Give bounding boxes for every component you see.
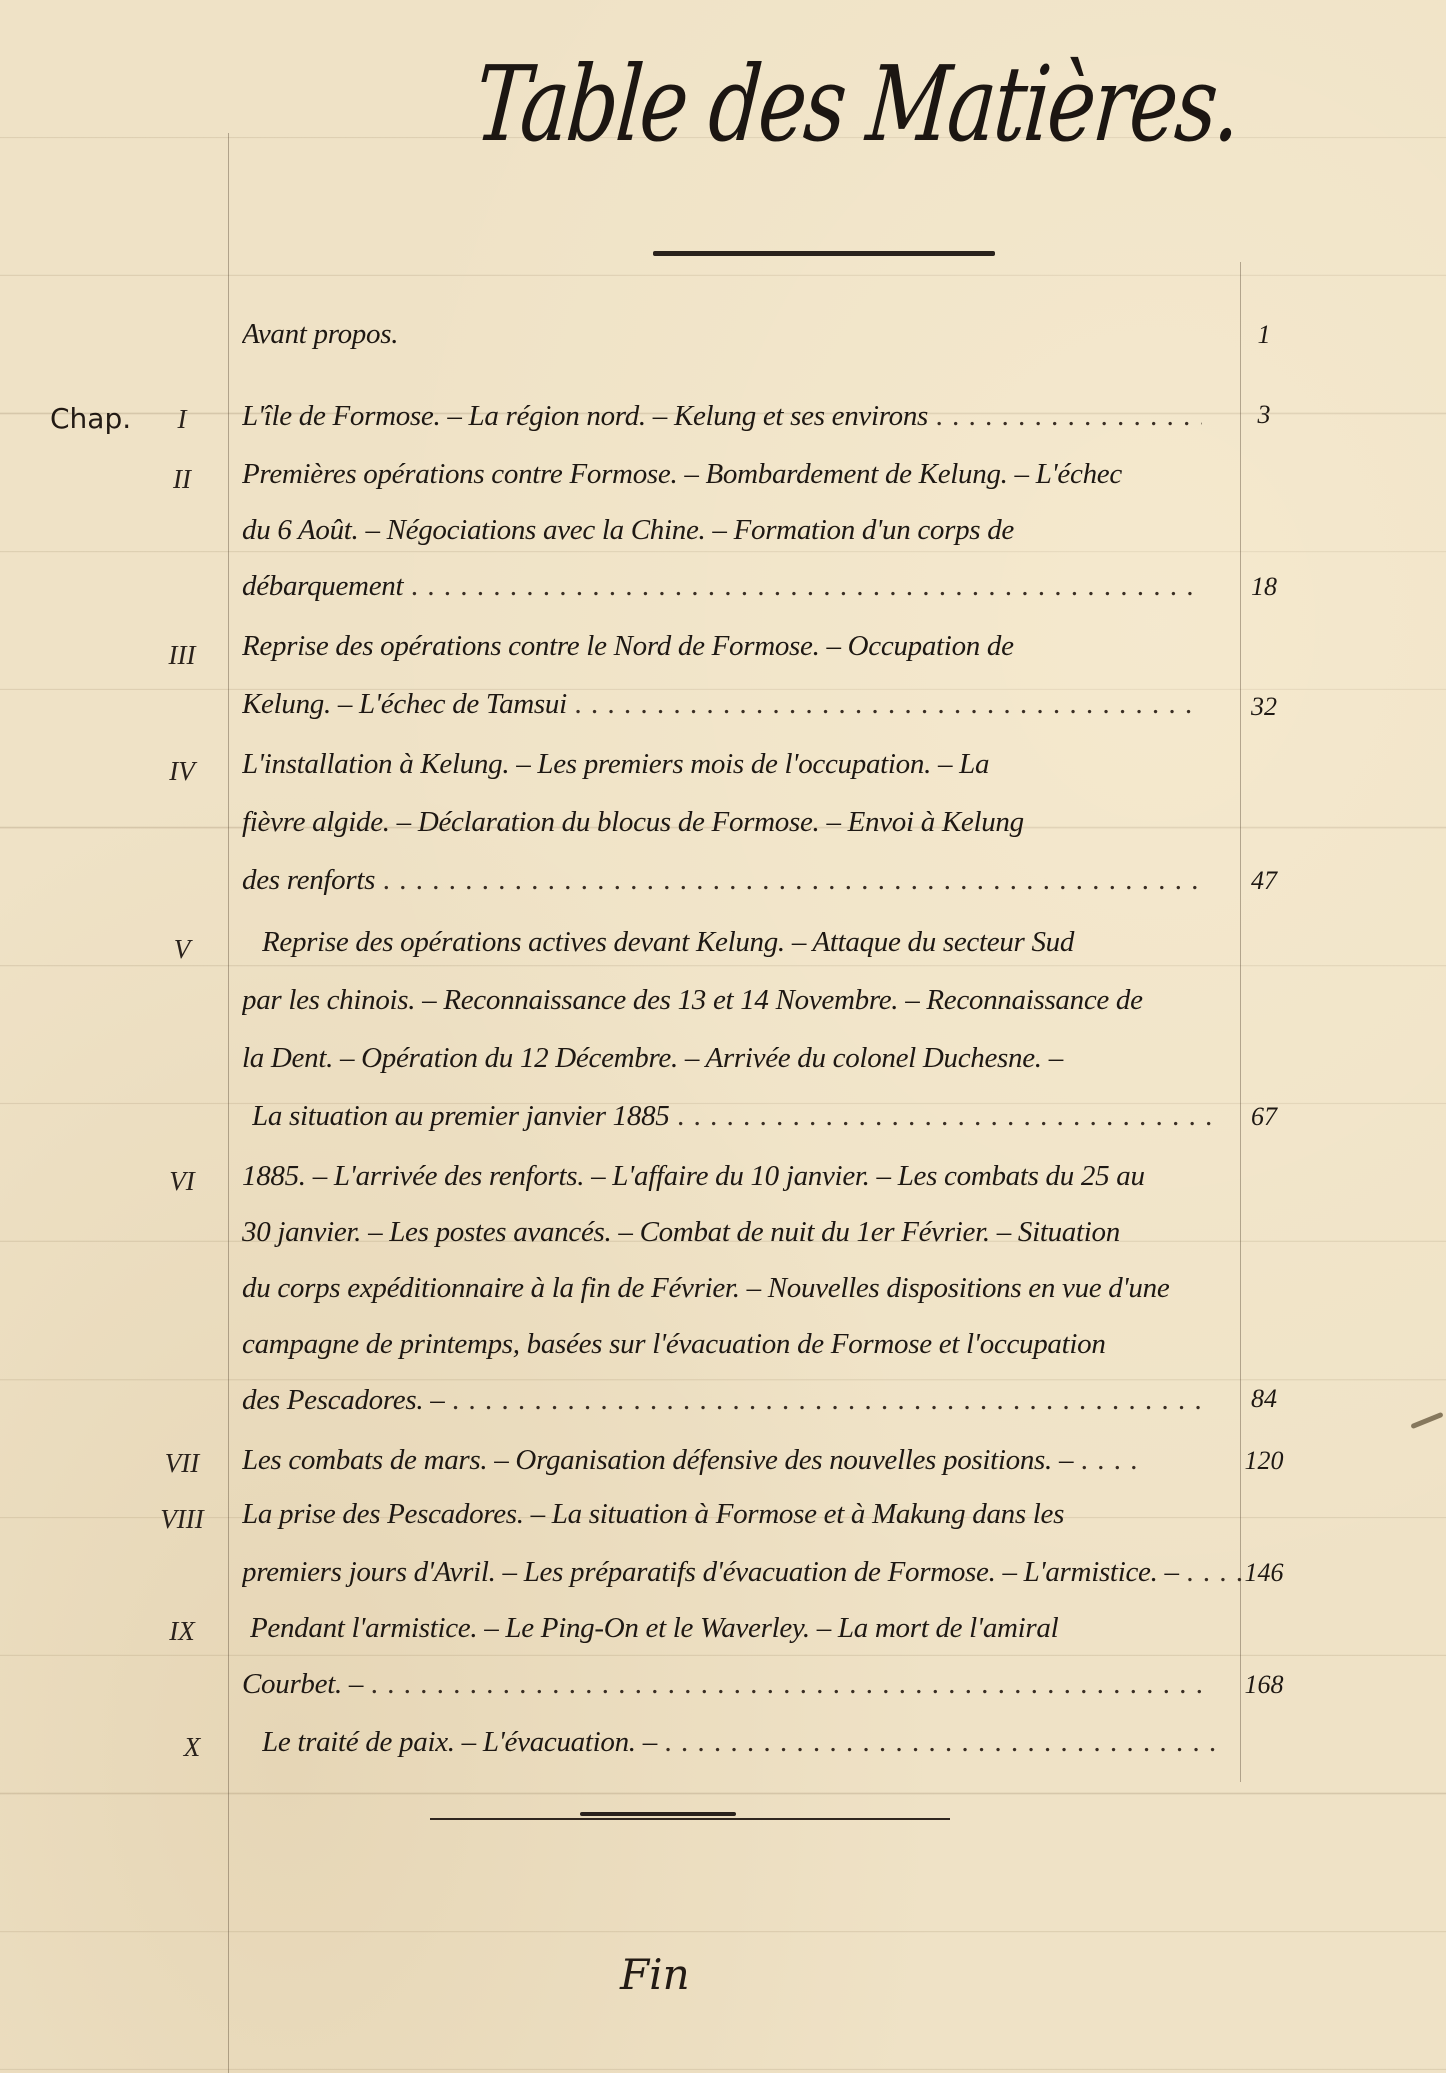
entry-line: Reprise des opérations actives devant Ke… [262, 926, 1222, 959]
entry-line: par les chinois. – Reconnaissance des 13… [242, 984, 1202, 1017]
title-underline [653, 251, 995, 256]
page-number: 32 [1234, 692, 1294, 722]
chapter-number: V [142, 934, 222, 965]
page-number: 84 [1234, 1384, 1294, 1414]
closing-rule-short [580, 1812, 736, 1816]
page-number: 120 [1234, 1446, 1294, 1476]
entry-line: Kelung. – L'échec de Tamsui [242, 688, 1202, 721]
entry-line: des Pescadores. – [242, 1384, 1202, 1417]
manuscript-page: Table des Matières. Chap. Avant propos. … [0, 0, 1446, 2073]
closing-word: Fin [620, 1950, 690, 1999]
entry-line: Le traité de paix. – L'évacuation. – [262, 1726, 1222, 1759]
entry-line: La situation au premier janvier 1885 [252, 1100, 1212, 1133]
page-number: 67 [1234, 1102, 1294, 1132]
chapter-number: VI [142, 1166, 222, 1197]
page-title: Table des Matières. [471, 52, 1026, 156]
entry-line: Reprise des opérations contre le Nord de… [242, 630, 1202, 663]
entry-line: Les combats de mars. – Organisation défe… [242, 1444, 1142, 1477]
entry-line: des renforts [242, 864, 1202, 897]
chapter-number: II [142, 464, 222, 495]
entry-line: Pendant l'armistice. – Le Ping-On et le … [250, 1612, 1210, 1645]
chapter-number: IV [142, 756, 222, 787]
page-number: 146 [1234, 1558, 1294, 1588]
entry-line: du corps expéditionnaire à la fin de Fév… [242, 1272, 1202, 1305]
page-number-column-line [1240, 262, 1241, 1782]
entry-line: la Dent. – Opération du 12 Décembre. – A… [242, 1042, 1202, 1075]
chapter-number: VIII [142, 1504, 222, 1535]
entry-line: campagne de printemps, basées sur l'évac… [242, 1328, 1202, 1361]
entry-line: Avant propos. [242, 318, 1202, 351]
ink-mark [1410, 1412, 1443, 1429]
entry-line: 30 janvier. – Les postes avancés. – Comb… [242, 1216, 1202, 1249]
chapter-number: X [152, 1732, 232, 1763]
chapter-number: III [142, 640, 222, 671]
entry-line: Premières opérations contre Formose. – B… [242, 458, 1202, 491]
entry-line: fièvre algide. – Déclaration du blocus d… [242, 806, 1202, 839]
page-number: 1 [1234, 320, 1294, 350]
entry-line: La prise des Pescadores. – La situation … [242, 1498, 1202, 1531]
entry-line: L'installation à Kelung. – Les premiers … [242, 748, 1202, 781]
entry-line: 1885. – L'arrivée des renforts. – L'affa… [242, 1160, 1202, 1193]
entry-line: L'île de Formose. – La région nord. – Ke… [242, 400, 1202, 433]
left-margin-line [228, 133, 229, 2073]
chapter-label: Chap. [50, 402, 131, 435]
entry-line: débarquement [242, 570, 1202, 603]
closing-rule-long [430, 1818, 950, 1820]
page-number: 47 [1234, 866, 1294, 896]
page-number: 3 [1234, 400, 1294, 430]
entry-line: du 6 Août. – Négociations avec la Chine.… [242, 514, 1202, 547]
chapter-number: I [142, 404, 222, 435]
entry-line: Courbet. – [242, 1668, 1202, 1701]
page-number: 18 [1234, 572, 1294, 602]
page-number: 168 [1234, 1670, 1294, 1700]
chapter-number: IX [142, 1616, 222, 1647]
entry-line: premiers jours d'Avril. – Les préparatif… [242, 1556, 1242, 1589]
chapter-number: VII [142, 1448, 222, 1479]
